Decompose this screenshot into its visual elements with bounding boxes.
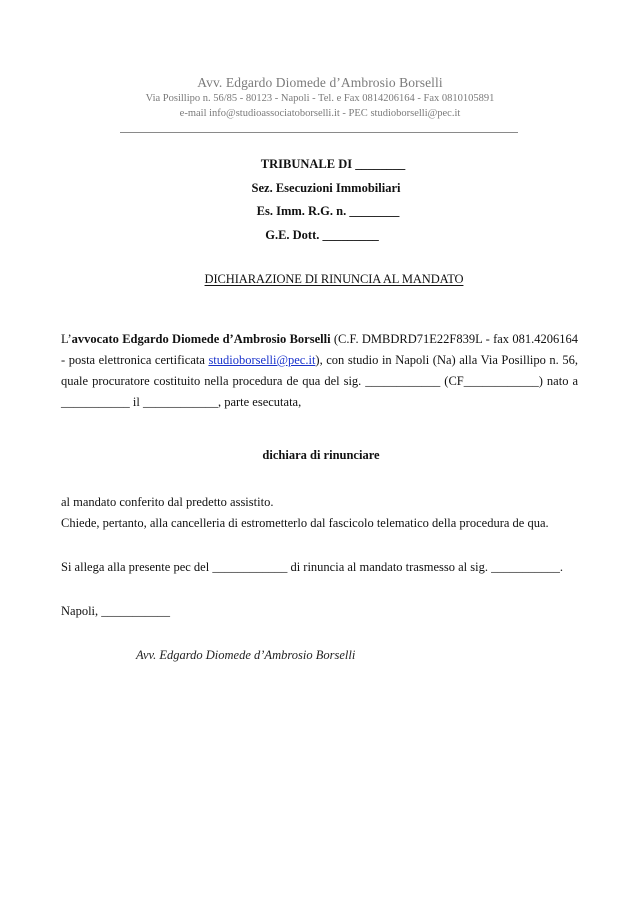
place-date: Napoli, ___________	[61, 601, 581, 622]
signature: Avv. Edgardo Diomede d’Ambrosio Borselli	[136, 645, 355, 666]
court-judge: G.E. Dott. _________	[0, 227, 640, 251]
letterhead-divider	[120, 132, 518, 133]
paragraph-mandato: al mandato conferito dal predetto assist…	[61, 492, 581, 513]
court-rg-number: Es. Imm. R.G. n. ________	[0, 203, 640, 227]
paragraph-request: Chiede, pertanto, alla cancelleria di es…	[61, 513, 581, 534]
document-page: Avv. Edgardo Diomede d’Ambrosio Borselli…	[0, 0, 640, 906]
letterhead: Avv. Edgardo Diomede d’Ambrosio Borselli…	[0, 74, 640, 121]
letterhead-contacts: e-mail info@studioassociatoborselli.it -…	[0, 106, 640, 121]
declaration-text: dichiara di rinunciare	[262, 448, 379, 462]
pec-email-link[interactable]: studioborselli@pec.it	[208, 353, 315, 367]
intro-paragraph: L’avvocato Edgardo Diomede d’Ambrosio Bo…	[61, 329, 578, 413]
paragraph-attachment: Si allega alla presente pec del ________…	[61, 557, 581, 578]
court-sezione: Sez. Esecuzioni Immobiliari	[0, 180, 640, 204]
declaration-heading: dichiara di rinunciare	[0, 448, 640, 463]
document-title: DICHIARAZIONE DI RINUNCIA AL MANDATO	[0, 272, 640, 287]
letterhead-name: Avv. Edgardo Diomede d’Ambrosio Borselli	[0, 74, 640, 91]
intro-prefix: L’	[61, 332, 72, 346]
letterhead-address: Via Posillipo n. 56/85 - 80123 - Napoli …	[0, 91, 640, 106]
document-title-text: DICHIARAZIONE DI RINUNCIA AL MANDATO	[205, 272, 464, 286]
lawyer-name: avvocato Edgardo Diomede d’Ambrosio Bors…	[72, 332, 331, 346]
court-block: TRIBUNALE DI ________ Sez. Esecuzioni Im…	[0, 156, 640, 250]
court-tribunale: TRIBUNALE DI ________	[0, 156, 640, 180]
